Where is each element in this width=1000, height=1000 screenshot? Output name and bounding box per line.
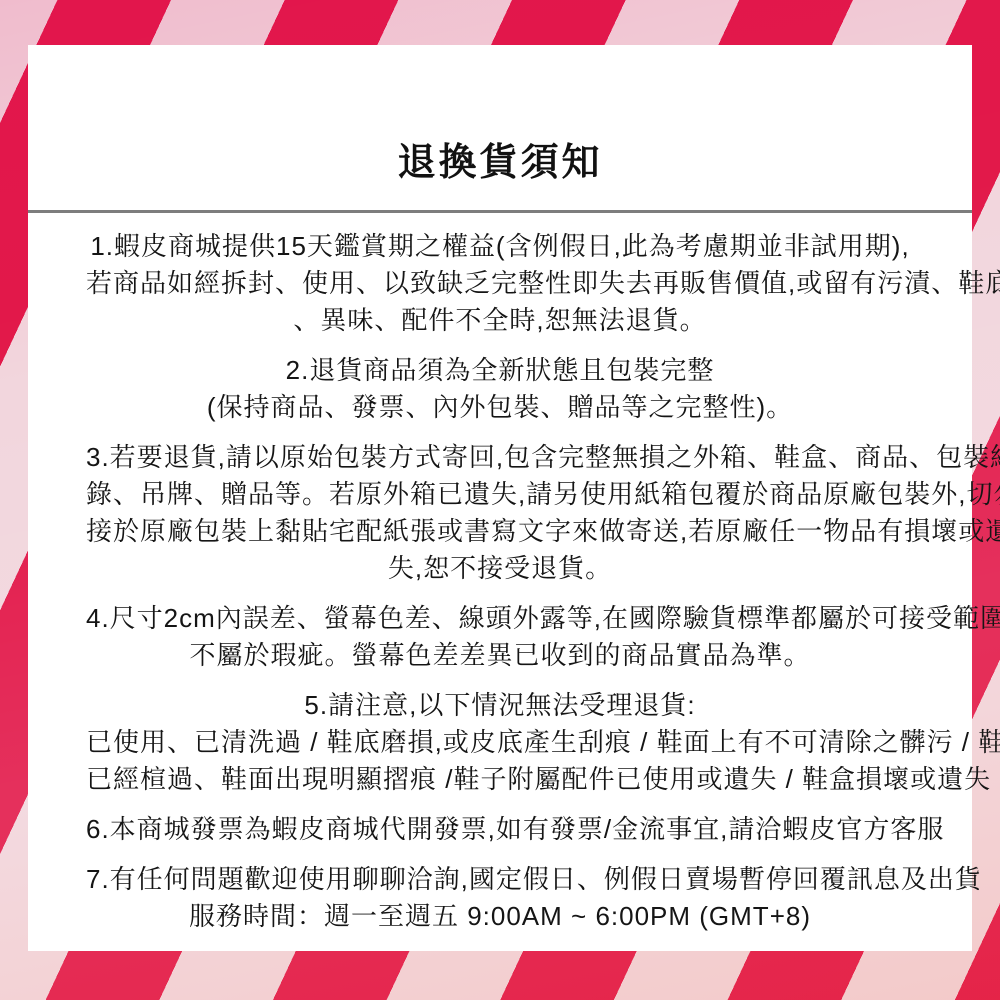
policy-line: 已使用、已清洗過 / 鞋底磨損,或皮底產生刮痕 / 鞋面上有不可清除之髒污 / … bbox=[86, 724, 914, 761]
policy-line: 錄、吊牌、贈品等。若原外箱已遺失,請另使用紙箱包覆於商品原廠包裝外,切勿直 bbox=[86, 476, 914, 513]
policy-item-1: 1.蝦皮商城提供15天鑑賞期之權益(含例假日,此為考慮期並非試用期), 若商品如… bbox=[86, 228, 914, 339]
policy-item-6: 6.本商城發票為蝦皮商城代開發票,如有發票/金流事宜,請洽蝦皮官方客服 bbox=[86, 811, 914, 848]
policy-line: 失,恕不接受退貨。 bbox=[86, 550, 914, 587]
policy-line: 5.請注意,以下情況無法受理退貨: bbox=[86, 687, 914, 724]
notice-title: 退換貨須知 bbox=[86, 131, 914, 186]
policy-line: 不屬於瑕疵。螢幕色差差異已收到的商品實品為準。 bbox=[86, 637, 914, 674]
policy-line: 3.若要退貨,請以原始包裝方式寄回,包含完整無損之外箱、鞋盒、商品、包裝紙,目 bbox=[86, 439, 914, 476]
policy-line: (保持商品、發票、內外包裝、贈品等之完整性)。 bbox=[86, 389, 914, 426]
policy-line: 4.尺寸2cm內誤差、螢幕色差、線頭外露等,在國際驗貨標準都屬於可接受範圍,並 bbox=[86, 600, 914, 637]
title-divider bbox=[28, 210, 972, 213]
policy-line: 7.有任何問題歡迎使用聊聊洽詢,國定假日、例假日賣場暫停回覆訊息及出貨 bbox=[86, 861, 914, 898]
policy-line: 1.蝦皮商城提供15天鑑賞期之權益(含例假日,此為考慮期並非試用期), bbox=[86, 228, 914, 265]
policy-item-2: 2.退貨商品須為全新狀態且包裝完整 (保持商品、發票、內外包裝、贈品等之完整性)… bbox=[86, 352, 914, 426]
policy-item-3: 3.若要退貨,請以原始包裝方式寄回,包含完整無損之外箱、鞋盒、商品、包裝紙,目 … bbox=[86, 439, 914, 587]
policy-line: 已經楦過、鞋面出現明顯摺痕 /鞋子附屬配件已使用或遺失 / 鞋盒損壞或遺失 bbox=[86, 761, 914, 798]
policy-line: 接於原廠包裝上黏貼宅配紙張或書寫文字來做寄送,若原廠任一物品有損壞或遺 bbox=[86, 513, 914, 550]
striped-photo-background: 退換貨須知 1.蝦皮商城提供15天鑑賞期之權益(含例假日,此為考慮期並非試用期)… bbox=[0, 0, 1000, 1000]
notice-body: 1.蝦皮商城提供15天鑑賞期之權益(含例假日,此為考慮期並非試用期), 若商品如… bbox=[86, 228, 914, 935]
policy-line: 、異味、配件不全時,恕無法退貨。 bbox=[86, 302, 914, 339]
policy-line: 若商品如經拆封、使用、以致缺乏完整性即失去再販售價值,或留有污漬、鞋底磨損 bbox=[86, 265, 914, 302]
policy-line: 6.本商城發票為蝦皮商城代開發票,如有發票/金流事宜,請洽蝦皮官方客服 bbox=[86, 811, 914, 848]
policy-item-5: 5.請注意,以下情況無法受理退貨: 已使用、已清洗過 / 鞋底磨損,或皮底產生刮… bbox=[86, 687, 914, 798]
policy-line: 服務時間：週一至週五 9:00AM ~ 6:00PM (GMT+8) bbox=[86, 898, 914, 935]
policy-item-4: 4.尺寸2cm內誤差、螢幕色差、線頭外露等,在國際驗貨標準都屬於可接受範圍,並 … bbox=[86, 600, 914, 674]
notice-panel: 退換貨須知 1.蝦皮商城提供15天鑑賞期之權益(含例假日,此為考慮期並非試用期)… bbox=[28, 45, 972, 951]
policy-line: 2.退貨商品須為全新狀態且包裝完整 bbox=[86, 352, 914, 389]
policy-item-7: 7.有任何問題歡迎使用聊聊洽詢,國定假日、例假日賣場暫停回覆訊息及出貨 服務時間… bbox=[86, 861, 914, 935]
